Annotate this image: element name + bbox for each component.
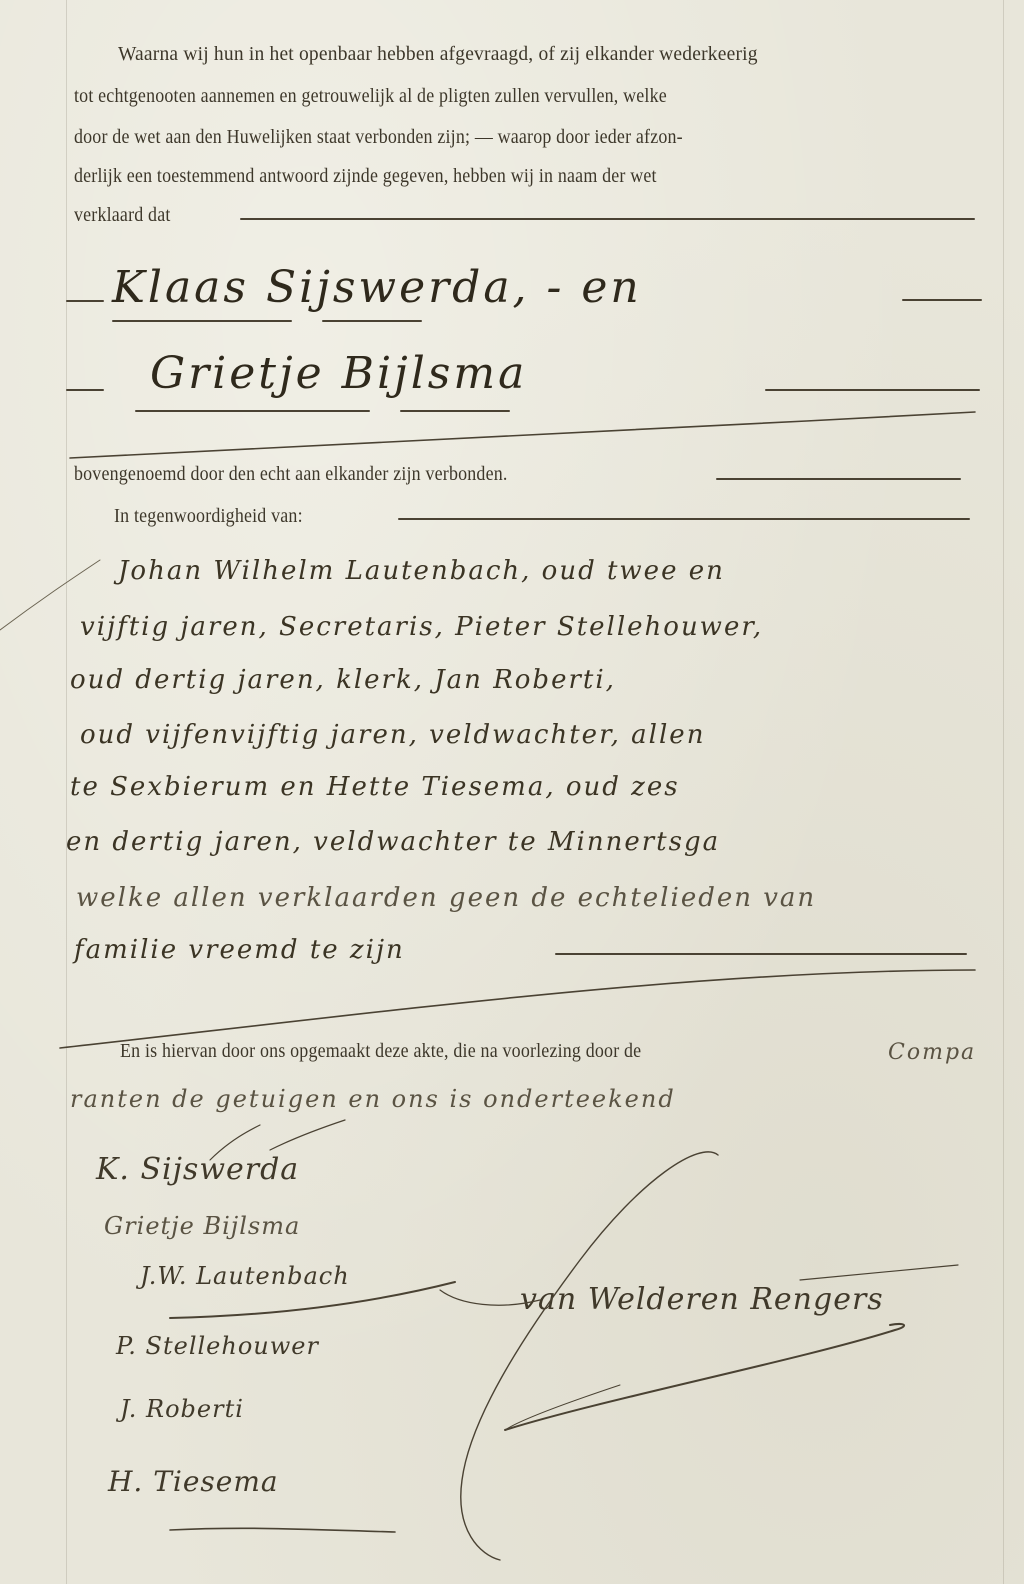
fill-rule [398, 518, 970, 520]
right-margin-line [1003, 0, 1004, 1584]
signature-witness-4: H. Tiesema [108, 1465, 279, 1498]
witness-line-8: familie vreemd te zijn [74, 935, 405, 965]
fill-rule [555, 953, 967, 955]
groom-name: Klaas Sijswerda, - en [112, 262, 642, 313]
printed-line-3: door de wet aan den Huwelijken staat ver… [74, 127, 957, 149]
underline [322, 320, 422, 322]
slot-continuation-b: ranten de getuigen en ons is onderteeken… [70, 1085, 676, 1113]
underline [400, 410, 510, 412]
witness-line-5: te Sexbierum en Hette Tiesema, oud zes [70, 772, 680, 802]
witness-line-1: Johan Wilhelm Lautenbach, oud twee en [118, 556, 725, 586]
underline [112, 320, 292, 322]
underline [135, 410, 370, 412]
dash-rule [66, 300, 104, 302]
witness-line-3: oud dertig jaren, klerk, Jan Roberti, [70, 665, 616, 695]
signature-witness-2: P. Stellehouwer [116, 1332, 319, 1360]
signature-official: van Welderen Rengers [520, 1282, 884, 1317]
dash-rule [66, 389, 104, 391]
fill-rule [240, 218, 975, 220]
printed-line-1: Waarna wij hun in het openbaar hebben af… [118, 44, 984, 66]
witness-line-4: oud vijfenvijftig jaren, veldwachter, al… [80, 720, 705, 750]
witness-line-7: welke allen verklaarden geen de echtelie… [76, 883, 816, 913]
bride-name: Grietje Bijlsma [150, 348, 527, 399]
witness-line-2: vijftig jaren, Secretaris, Pieter Stelle… [80, 612, 763, 642]
printed-text: Waarna wij hun in het openbaar hebben af… [118, 44, 758, 66]
signature-witness-3: J. Roberti [120, 1395, 244, 1423]
printed-line-4: derlijk een toestemmend antwoord zijnde … [74, 166, 657, 188]
signature-bride: Grietje Bijlsma [104, 1212, 300, 1240]
witness-line-6: en dertig jaren, veldwachter te Minnerts… [66, 827, 720, 857]
printed-line-5: verklaard dat [74, 205, 171, 227]
printed-line-2: tot echtgenooten aannemen en getrouwelij… [74, 86, 957, 108]
printed-in-tegenwoordigheid: In tegenwoordigheid van: [114, 506, 303, 528]
fill-rule [902, 299, 982, 301]
fill-rule [765, 389, 980, 391]
left-margin-line [66, 0, 67, 1584]
document-page: Waarna wij hun in het openbaar hebben af… [0, 0, 1024, 1584]
signature-groom: K. Sijswerda [96, 1152, 299, 1187]
printed-bovengenoemd: bovengenoemd door den echt aan elkander … [74, 464, 508, 486]
slot-continuation-a: Compa [888, 1040, 976, 1065]
signature-witness-1: J.W. Lautenbach [140, 1262, 350, 1290]
printed-slot: En is hiervan door ons opgemaakt deze ak… [120, 1041, 641, 1063]
fill-rule [716, 478, 961, 480]
